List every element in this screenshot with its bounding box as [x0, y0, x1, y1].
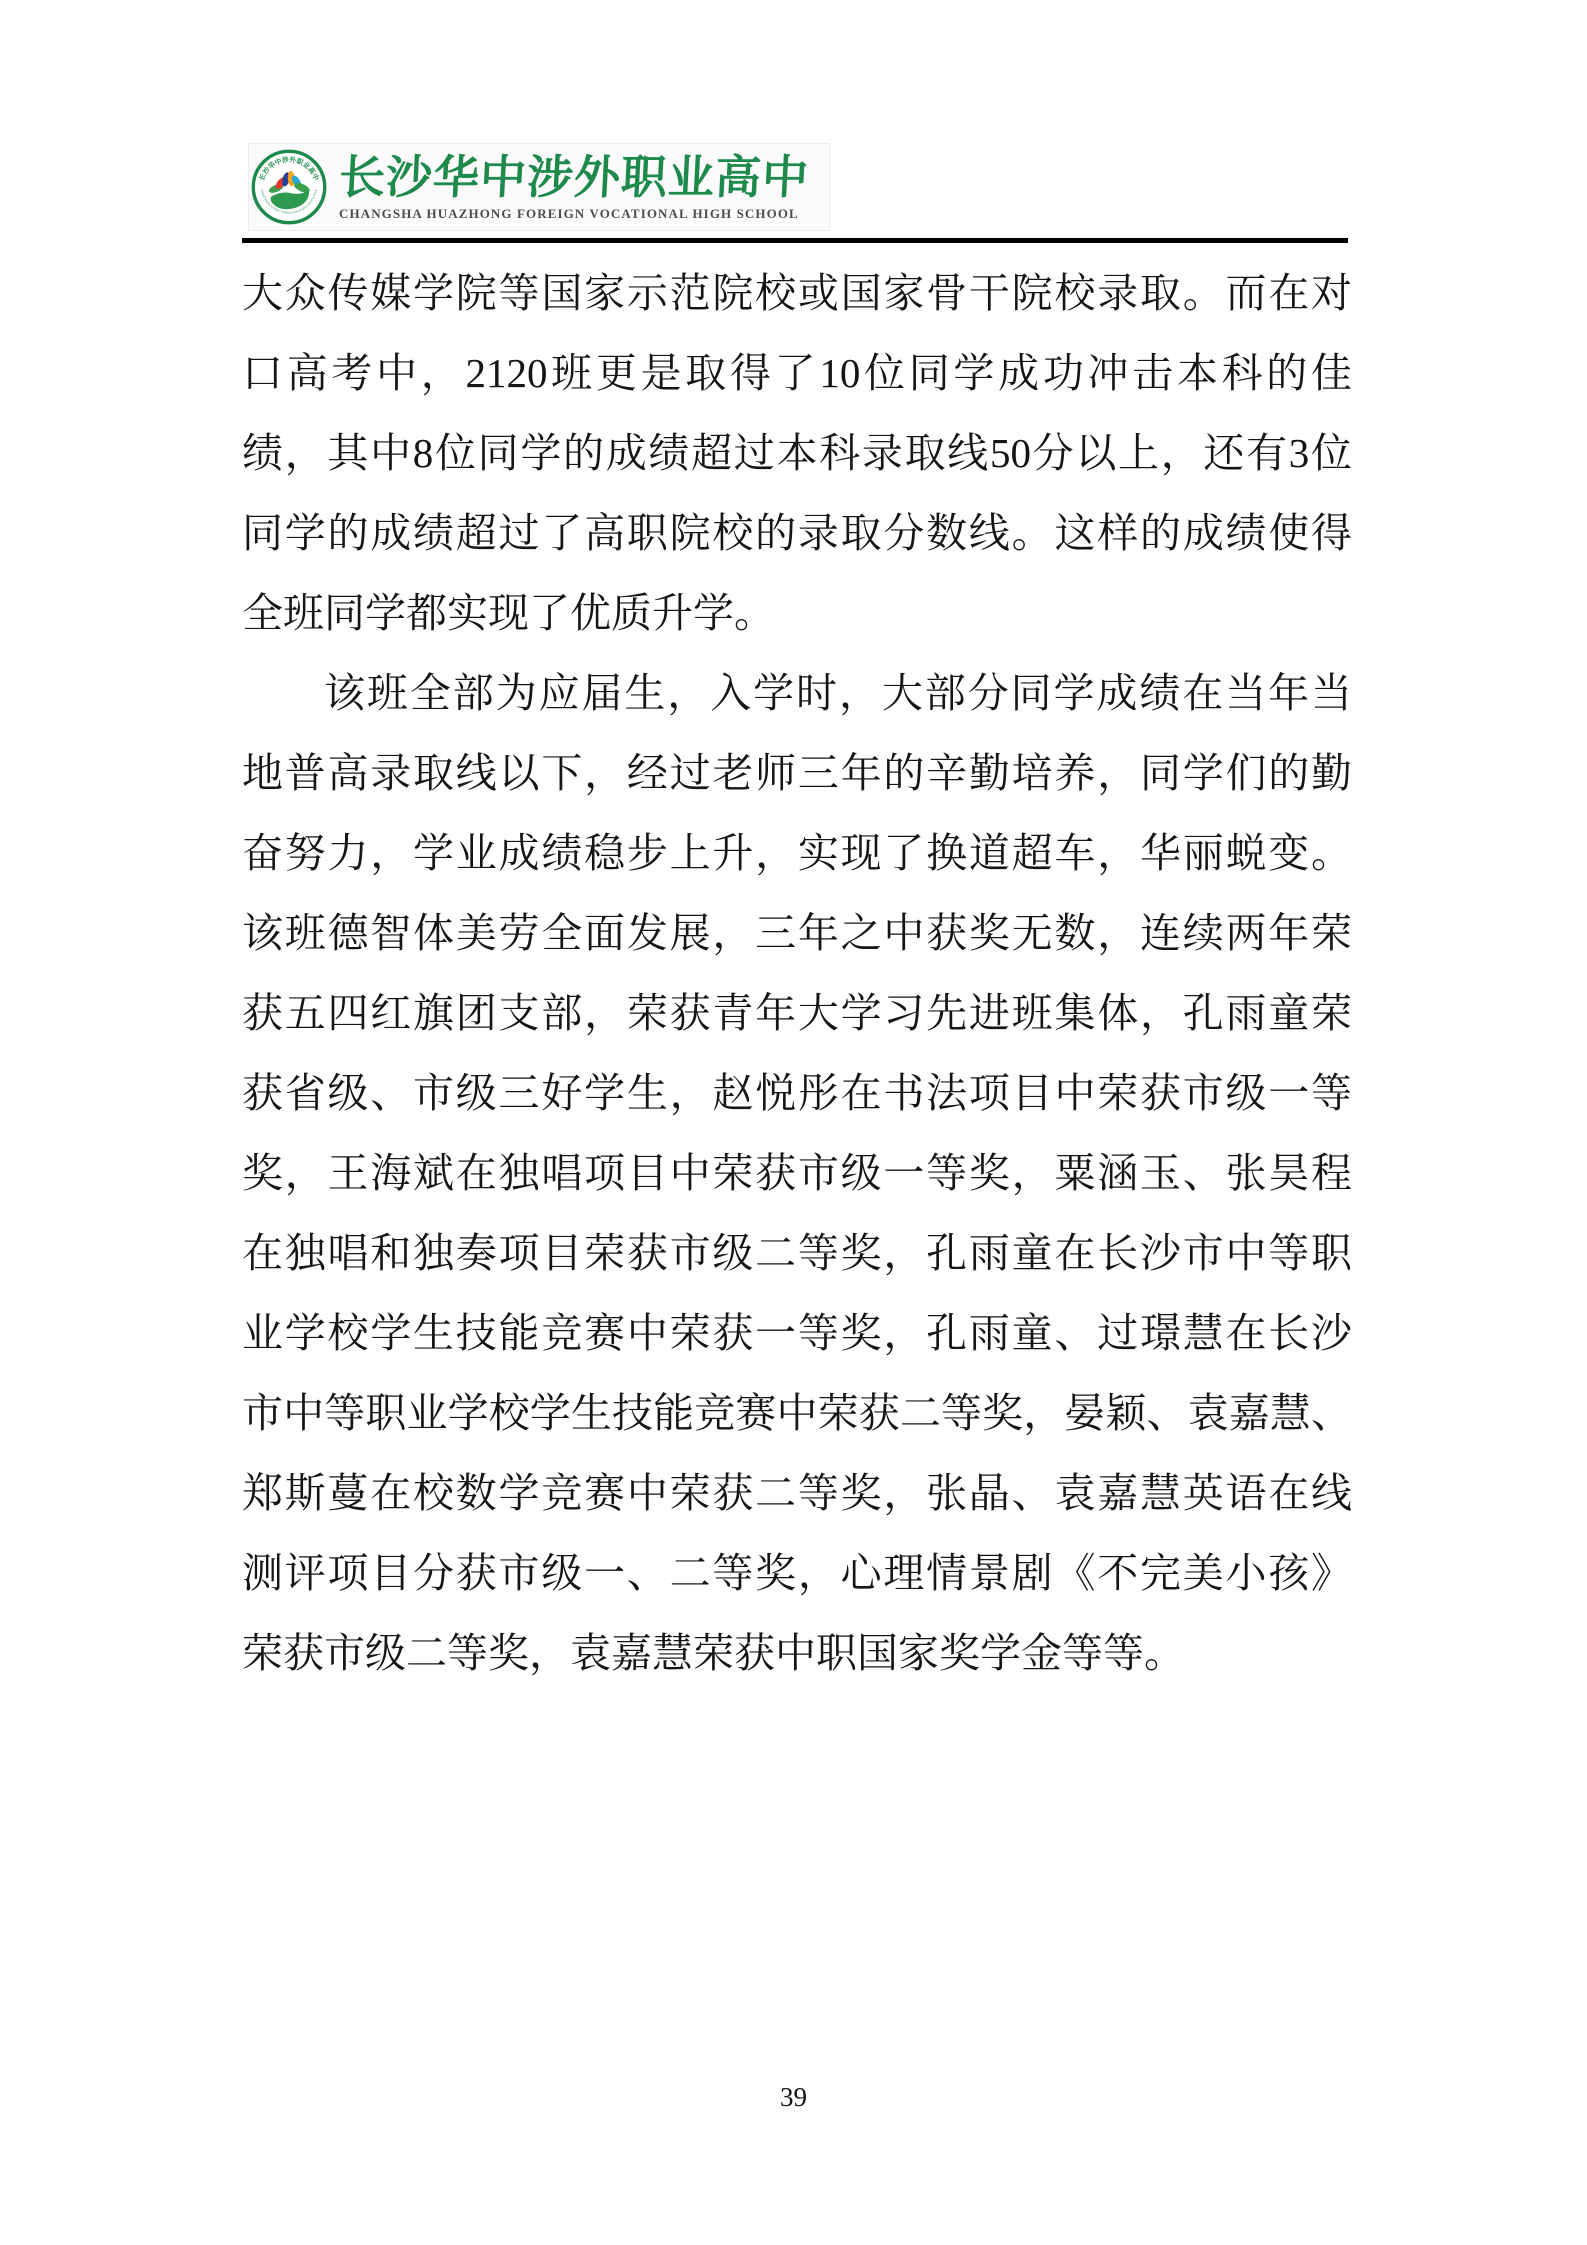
body-line: 获五四红旗团支部，荣获青年大学习先进班集体，孔雨童荣: [242, 973, 1352, 1053]
page-number: 39: [0, 2080, 1587, 2114]
body-line: 大众传媒学院等国家示范院校或国家骨干院校录取。而在对: [242, 253, 1352, 333]
school-name-chinese: 长沙华中涉外职业高中: [338, 152, 811, 204]
body-line: 全班同学都实现了优质升学。: [242, 573, 1352, 653]
body-line: 同学的成绩超过了高职院校的录取分数线。这样的成绩使得: [242, 493, 1352, 573]
document-body: 大众传媒学院等国家示范院校或国家骨干院校录取。而在对 口高考中，2120班更是取…: [242, 253, 1352, 1693]
body-line: 市中等职业学校学生技能竞赛中荣获二等奖，晏颖、袁嘉慧、: [242, 1373, 1352, 1453]
body-line: 奖，王海斌在独唱项目中荣获市级一等奖，粟涵玉、张昊程: [242, 1133, 1352, 1213]
body-line: 该班德智体美劳全面发展，三年之中获奖无数，连续两年荣: [242, 893, 1352, 973]
body-line: 地普高录取线以下，经过老师三年的辛勤培养，同学们的勤: [242, 733, 1352, 813]
document-page: 长沙华中涉外职业高中 CHANGSHA HUAZHONG FOREIGN VOC…: [0, 0, 1587, 2245]
body-line: 奋努力，学业成绩稳步上升，实现了换道超车，华丽蜕变。: [242, 813, 1352, 893]
school-name-english: CHANGSHA HUAZHONG FOREIGN VOCATIONAL HIG…: [339, 206, 809, 222]
body-line: 该班全部为应届生，入学时，大部分同学成绩在当年当: [242, 653, 1352, 733]
school-logo-icon: 长沙华中涉外职业高中 CHANGSHA HUAZHONG FOREIGN VOC…: [251, 149, 327, 225]
body-line: 口高考中，2120班更是取得了10位同学成功冲击本科的佳: [242, 333, 1352, 413]
body-line: 在独唱和独奏项目荣获市级二等奖，孔雨童在长沙市中等职: [242, 1213, 1352, 1293]
body-line: 绩，其中8位同学的成绩超过本科录取线50分以上，还有3位: [242, 413, 1352, 493]
body-line: 获省级、市级三好学生，赵悦彤在书法项目中荣获市级一等: [242, 1053, 1352, 1133]
body-line: 郑斯蔓在校数学竞赛中荣获二等奖，张晶、袁嘉慧英语在线: [242, 1453, 1352, 1533]
body-line: 测评项目分获市级一、二等奖，心理情景剧《不完美小孩》: [242, 1533, 1352, 1613]
school-title-block: 长沙华中涉外职业高中 CHANGSHA HUAZHONG FOREIGN VOC…: [339, 152, 809, 222]
school-header-banner: 长沙华中涉外职业高中 CHANGSHA HUAZHONG FOREIGN VOC…: [248, 143, 830, 231]
header-divider-rule: [242, 238, 1348, 243]
body-line: 荣获市级二等奖，袁嘉慧荣获中职国家奖学金等等。: [242, 1613, 1352, 1693]
body-line: 业学校学生技能竞赛中荣获一等奖，孔雨童、过璟慧在长沙: [242, 1293, 1352, 1373]
